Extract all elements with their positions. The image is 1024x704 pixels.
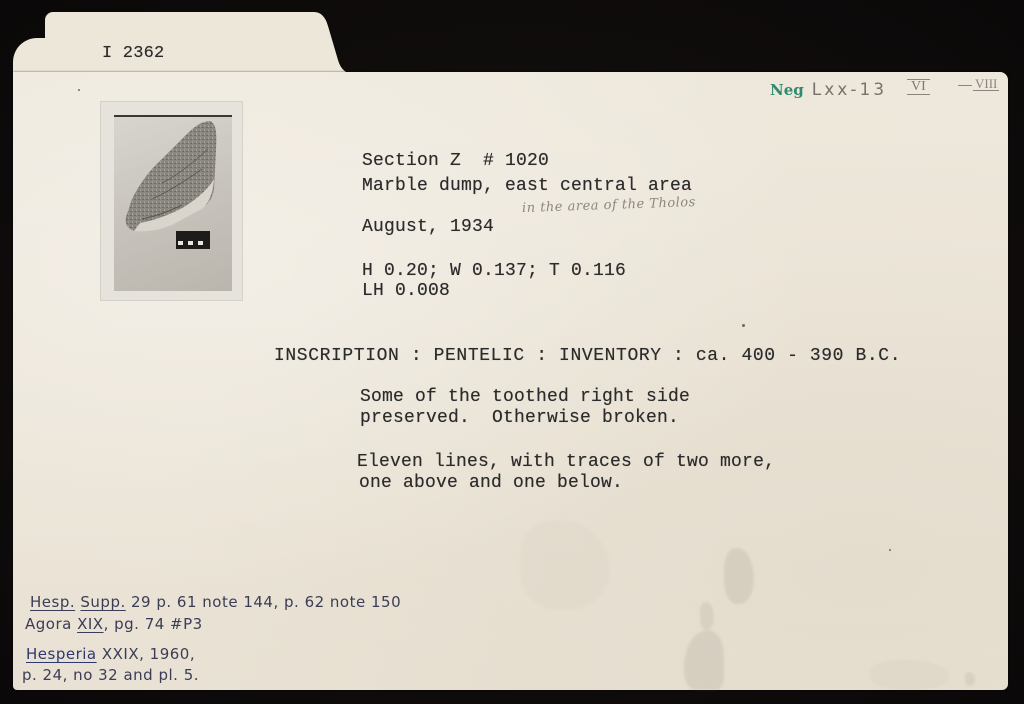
find-place: Marble dump, east central area [362, 176, 692, 197]
reference-supp: Supp. [80, 593, 125, 611]
stain-mark [965, 672, 975, 686]
speck [78, 89, 80, 91]
find-number: # 1020 [483, 151, 549, 171]
description-line-2: preserved. Otherwise broken. [360, 408, 679, 429]
reference-agora: Agora [25, 615, 77, 633]
specimen-photo [114, 115, 232, 291]
dimensions-line-2: LH 0.008 [362, 281, 450, 302]
reference-line-1: Hesp. Supp. 29 p. 61 note 144, p. 62 not… [30, 593, 401, 611]
description-line-1: Some of the toothed right side [360, 387, 690, 408]
find-date: August, 1934 [362, 217, 494, 238]
classification-line: INSCRIPTION : PENTELIC : INVENTORY : ca.… [274, 346, 901, 367]
reference-line-3: Hesperia XXIX, 1960, [26, 645, 195, 663]
stain-mark [700, 602, 714, 630]
reference-agora-page: , pg. 74 #P3 [104, 615, 203, 633]
mark-dash [958, 85, 972, 86]
reference-hesp: Hesp. [30, 593, 75, 611]
card-tab-curve-right [296, 12, 346, 76]
specimen-photo-mount [100, 101, 243, 301]
marble-fragment-image [122, 119, 220, 237]
scale-bar-image [176, 231, 210, 249]
description-line-4: one above and one below. [359, 473, 623, 494]
mark-vi: VI [907, 79, 930, 95]
dimensions-line-1: H 0.20; W 0.137; T 0.116 [362, 261, 626, 282]
reference-pages: 29 p. 61 note 144, p. 62 note 150 [126, 593, 401, 611]
description-line-3: Eleven lines, with traces of two more, [357, 452, 775, 473]
mark-viii: VIII [973, 77, 999, 91]
section-label: Section Z [362, 151, 461, 171]
section-line: Section Z# 1020 [362, 151, 549, 172]
negative-label: Neg [770, 81, 804, 99]
speck [742, 324, 745, 327]
stain-mark [870, 660, 950, 690]
reference-volume: XIX [77, 615, 103, 633]
scanned-index-card: I 2362 Neg Lxx-13 VI VIII [0, 0, 1024, 704]
speck [889, 549, 891, 551]
reference-line-4: p. 24, no 32 and pl. 5. [22, 666, 199, 684]
reference-line-2: Agora XIX, pg. 74 #P3 [25, 615, 203, 633]
negative-value: Lxx-13 [812, 80, 887, 100]
reference-hesperia: Hesperia [26, 645, 97, 663]
negative-reference: Neg Lxx-13 [770, 80, 887, 100]
inventory-number: I 2362 [102, 43, 164, 64]
reference-hesperia-volume: XXIX, 1960, [97, 645, 196, 663]
